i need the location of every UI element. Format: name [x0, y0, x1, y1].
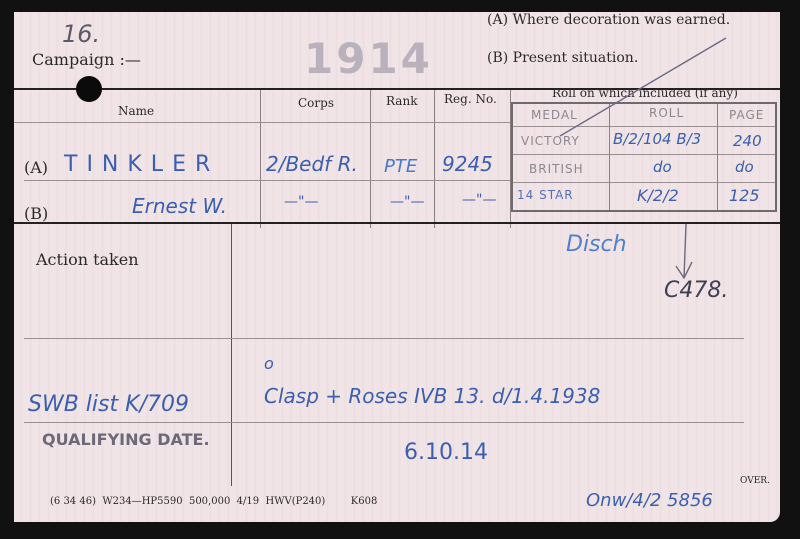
- reference-note: C478.: [664, 278, 728, 303]
- col-header-reg-no: Reg. No.: [444, 92, 497, 106]
- action-divider: [231, 224, 232, 486]
- punch-hole: [76, 76, 102, 102]
- campaign-stamp: 1914: [304, 34, 433, 83]
- print-code: (6 34 46) W234—HP5590 500,000 4/19 HWV(P…: [50, 496, 377, 507]
- reg-no-b-ditto: —"—: [462, 192, 496, 208]
- remarks-superscript: o: [264, 354, 274, 373]
- corps-value: 2/Bedf R.: [266, 152, 358, 176]
- header-row-rule: [14, 122, 510, 123]
- roll-row-rule: [513, 154, 775, 155]
- roll-value-british: do: [653, 158, 672, 176]
- roll-header-page: PAGE: [729, 108, 764, 122]
- page-value-british: do: [735, 158, 754, 176]
- handwritten-reference: Onw/4/2 5856: [586, 490, 713, 511]
- remarks-right: Clasp + Roses IVB 13. d/1.4.1938: [264, 384, 600, 408]
- col-divider: [260, 90, 261, 228]
- qualifying-date-value: 6.10.14: [404, 440, 488, 465]
- page-value-star: 125: [729, 186, 760, 205]
- rank-b-ditto: —"—: [390, 194, 424, 210]
- row-a-rule: [24, 180, 510, 181]
- qualifying-date-stamp: QUALIFYING DATE.: [42, 430, 210, 449]
- roll-row-rule: [513, 182, 775, 183]
- col-divider: [434, 90, 435, 228]
- forenames: Ernest W.: [132, 194, 227, 218]
- remarks-rule: [24, 422, 744, 423]
- roll-value-star: K/2/2: [637, 186, 679, 205]
- action-taken-label: Action taken: [36, 250, 139, 269]
- col-divider: [370, 90, 371, 228]
- over-label: OVER.: [740, 476, 770, 486]
- corps-b-ditto: —"—: [284, 194, 318, 210]
- name-section-rule: [14, 222, 780, 224]
- remarks-left: SWB list K/709: [28, 392, 189, 417]
- action-row-rule: [24, 338, 744, 339]
- campaign-label: Campaign :—: [32, 50, 141, 69]
- roll-medal-british: BRITISH: [529, 162, 584, 176]
- row-b-label: (B): [24, 204, 48, 223]
- surname: TINKLER: [64, 152, 219, 177]
- rank-value: PTE: [384, 156, 417, 177]
- disch-note: Disch: [566, 232, 627, 257]
- roll-medal-star: 14 STAR: [517, 188, 574, 202]
- row-a-label: (A): [24, 158, 48, 177]
- down-arrow-icon: [670, 222, 700, 282]
- corner-note: 16.: [62, 20, 100, 48]
- page-value-victory: 240: [733, 132, 762, 150]
- col-header-corps: Corps: [298, 96, 334, 110]
- col-header-name: Name: [118, 104, 154, 118]
- reg-no-value: 9245: [442, 152, 493, 176]
- medal-index-card: 16. Campaign :— 1914 (A) Where decoratio…: [14, 12, 780, 522]
- pencil-stroke: [554, 26, 734, 146]
- col-header-rank: Rank: [386, 94, 417, 108]
